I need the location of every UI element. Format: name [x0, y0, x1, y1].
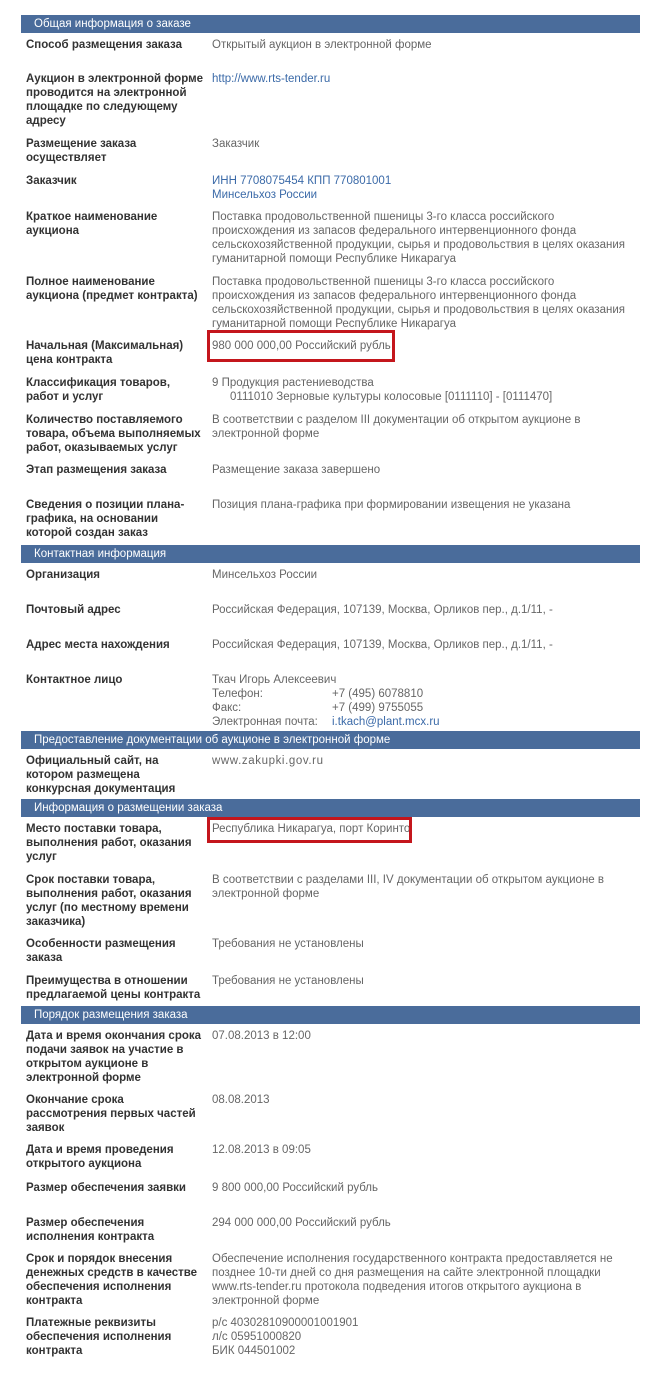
label: Способ размещения заказа	[26, 38, 206, 52]
section-header-contacts: Контактная информация	[21, 545, 640, 563]
site-value: www.zakupki.gov.ru	[212, 754, 640, 768]
section-header-general: Общая информация о заказе	[21, 15, 640, 33]
value-line: р/с 40302810900001001901	[212, 1316, 640, 1330]
label: Сведения о позиции плана-графика, на осн…	[26, 498, 206, 540]
label: Срок поставки товара, выполнения работ, …	[26, 873, 206, 929]
value: Открытый аукцион в электронной форме	[212, 38, 640, 52]
value-line: 9 Продукция растениеводства	[212, 376, 640, 390]
value: 9 800 000,00 Российский рубль	[212, 1181, 640, 1195]
value: Российская Федерация, 107139, Москва, Ор…	[212, 603, 640, 617]
label: Этап размещения заказа	[26, 463, 206, 477]
fax-label: Факс:	[212, 701, 332, 715]
label: Классификация товаров, работ и услуг	[26, 376, 206, 404]
email-label: Электронная почта:	[212, 715, 332, 729]
label: Дата и время окончания срока подачи заяв…	[26, 1029, 206, 1085]
section-header-docs: Предоставление документации об аукционе …	[21, 731, 640, 749]
label: Дата и время проведения открытого аукцио…	[26, 1143, 206, 1171]
value: Обеспечение исполнения государственного …	[212, 1252, 640, 1308]
label: Платежные реквизиты обеспечения исполнен…	[26, 1316, 206, 1358]
customer-name-link[interactable]: Минсельхоз России	[212, 189, 317, 201]
label: Полное наименование аукциона (предмет ко…	[26, 275, 206, 303]
label: Аукцион в электронной форме проводится н…	[26, 72, 206, 128]
label: Краткое наименование аукциона	[26, 210, 206, 238]
value-line: 0111010 Зерновые культуры колосовые [011…	[212, 390, 640, 404]
label: Размещение заказа осуществляет	[26, 137, 206, 165]
section-header-procedure: Порядок размещения заказа	[21, 1006, 640, 1024]
price-value: 980 000 000,00 Российский рубль	[212, 339, 640, 353]
label: Организация	[26, 568, 206, 582]
value: В соответствии с разделами III, IV докум…	[212, 873, 640, 901]
value: Поставка продовольственной пшеницы 3-го …	[212, 275, 640, 331]
value: 294 000 000,00 Российский рубль	[212, 1216, 640, 1230]
value: Минсельхоз России	[212, 568, 640, 582]
label: Количество поставляемого товара, объема …	[26, 413, 206, 455]
value: Российская Федерация, 107139, Москва, Ор…	[212, 638, 640, 652]
label: Заказчик	[26, 174, 206, 188]
fax-value: +7 (499) 9755055	[332, 701, 423, 715]
label: Адрес места нахождения	[26, 638, 206, 652]
label: Официальный сайт, на котором размещена к…	[26, 754, 206, 796]
label: Срок и порядок внесения денежных средств…	[26, 1252, 206, 1308]
section-header-placement: Информация о размещении заказа	[21, 799, 640, 817]
value: Поставка продовольственной пшеницы 3-го …	[212, 210, 640, 266]
value: Позиция плана-графика при формировании и…	[212, 498, 640, 512]
value-line: БИК 044501002	[212, 1344, 640, 1358]
label: Размер обеспечения заявки	[26, 1181, 206, 1195]
platform-link[interactable]: http://www.rts-tender.ru	[212, 73, 330, 85]
value: 08.08.2013	[212, 1093, 640, 1107]
email-link[interactable]: i.tkach@plant.mcx.ru	[332, 715, 440, 729]
value: 12.08.2013 в 09:05	[212, 1143, 640, 1157]
contact-name: Ткач Игорь Алексеевич	[212, 673, 640, 687]
value-line: л/с 05951000820	[212, 1330, 640, 1344]
label: Начальная (Максимальная) цена контракта	[26, 339, 206, 367]
label: Размер обеспечения исполнения контракта	[26, 1216, 206, 1244]
customer-inn-link[interactable]: ИНН 7708075454 КПП 770801001	[212, 175, 391, 187]
phone-value: +7 (495) 6078810	[332, 687, 423, 701]
label: Особенности размещения заказа	[26, 937, 206, 965]
value: Требования не установлены	[212, 974, 640, 988]
place-value: Республика Никарагуа, порт Коринто	[212, 822, 640, 836]
value: В соответствии с разделом III документац…	[212, 413, 640, 441]
label: Преимущества в отношении предлагаемой це…	[26, 974, 206, 1002]
value: Размещение заказа завершено	[212, 463, 640, 477]
phone-label: Телефон:	[212, 687, 332, 701]
value: Заказчик	[212, 137, 640, 151]
label: Почтовый адрес	[26, 603, 206, 617]
label: Окончание срока рассмотрения первых част…	[26, 1093, 206, 1135]
label: Место поставки товара, выполнения работ,…	[26, 822, 206, 864]
value: Требования не установлены	[212, 937, 640, 951]
value: 07.08.2013 в 12:00	[212, 1029, 640, 1043]
label: Контактное лицо	[26, 673, 206, 687]
